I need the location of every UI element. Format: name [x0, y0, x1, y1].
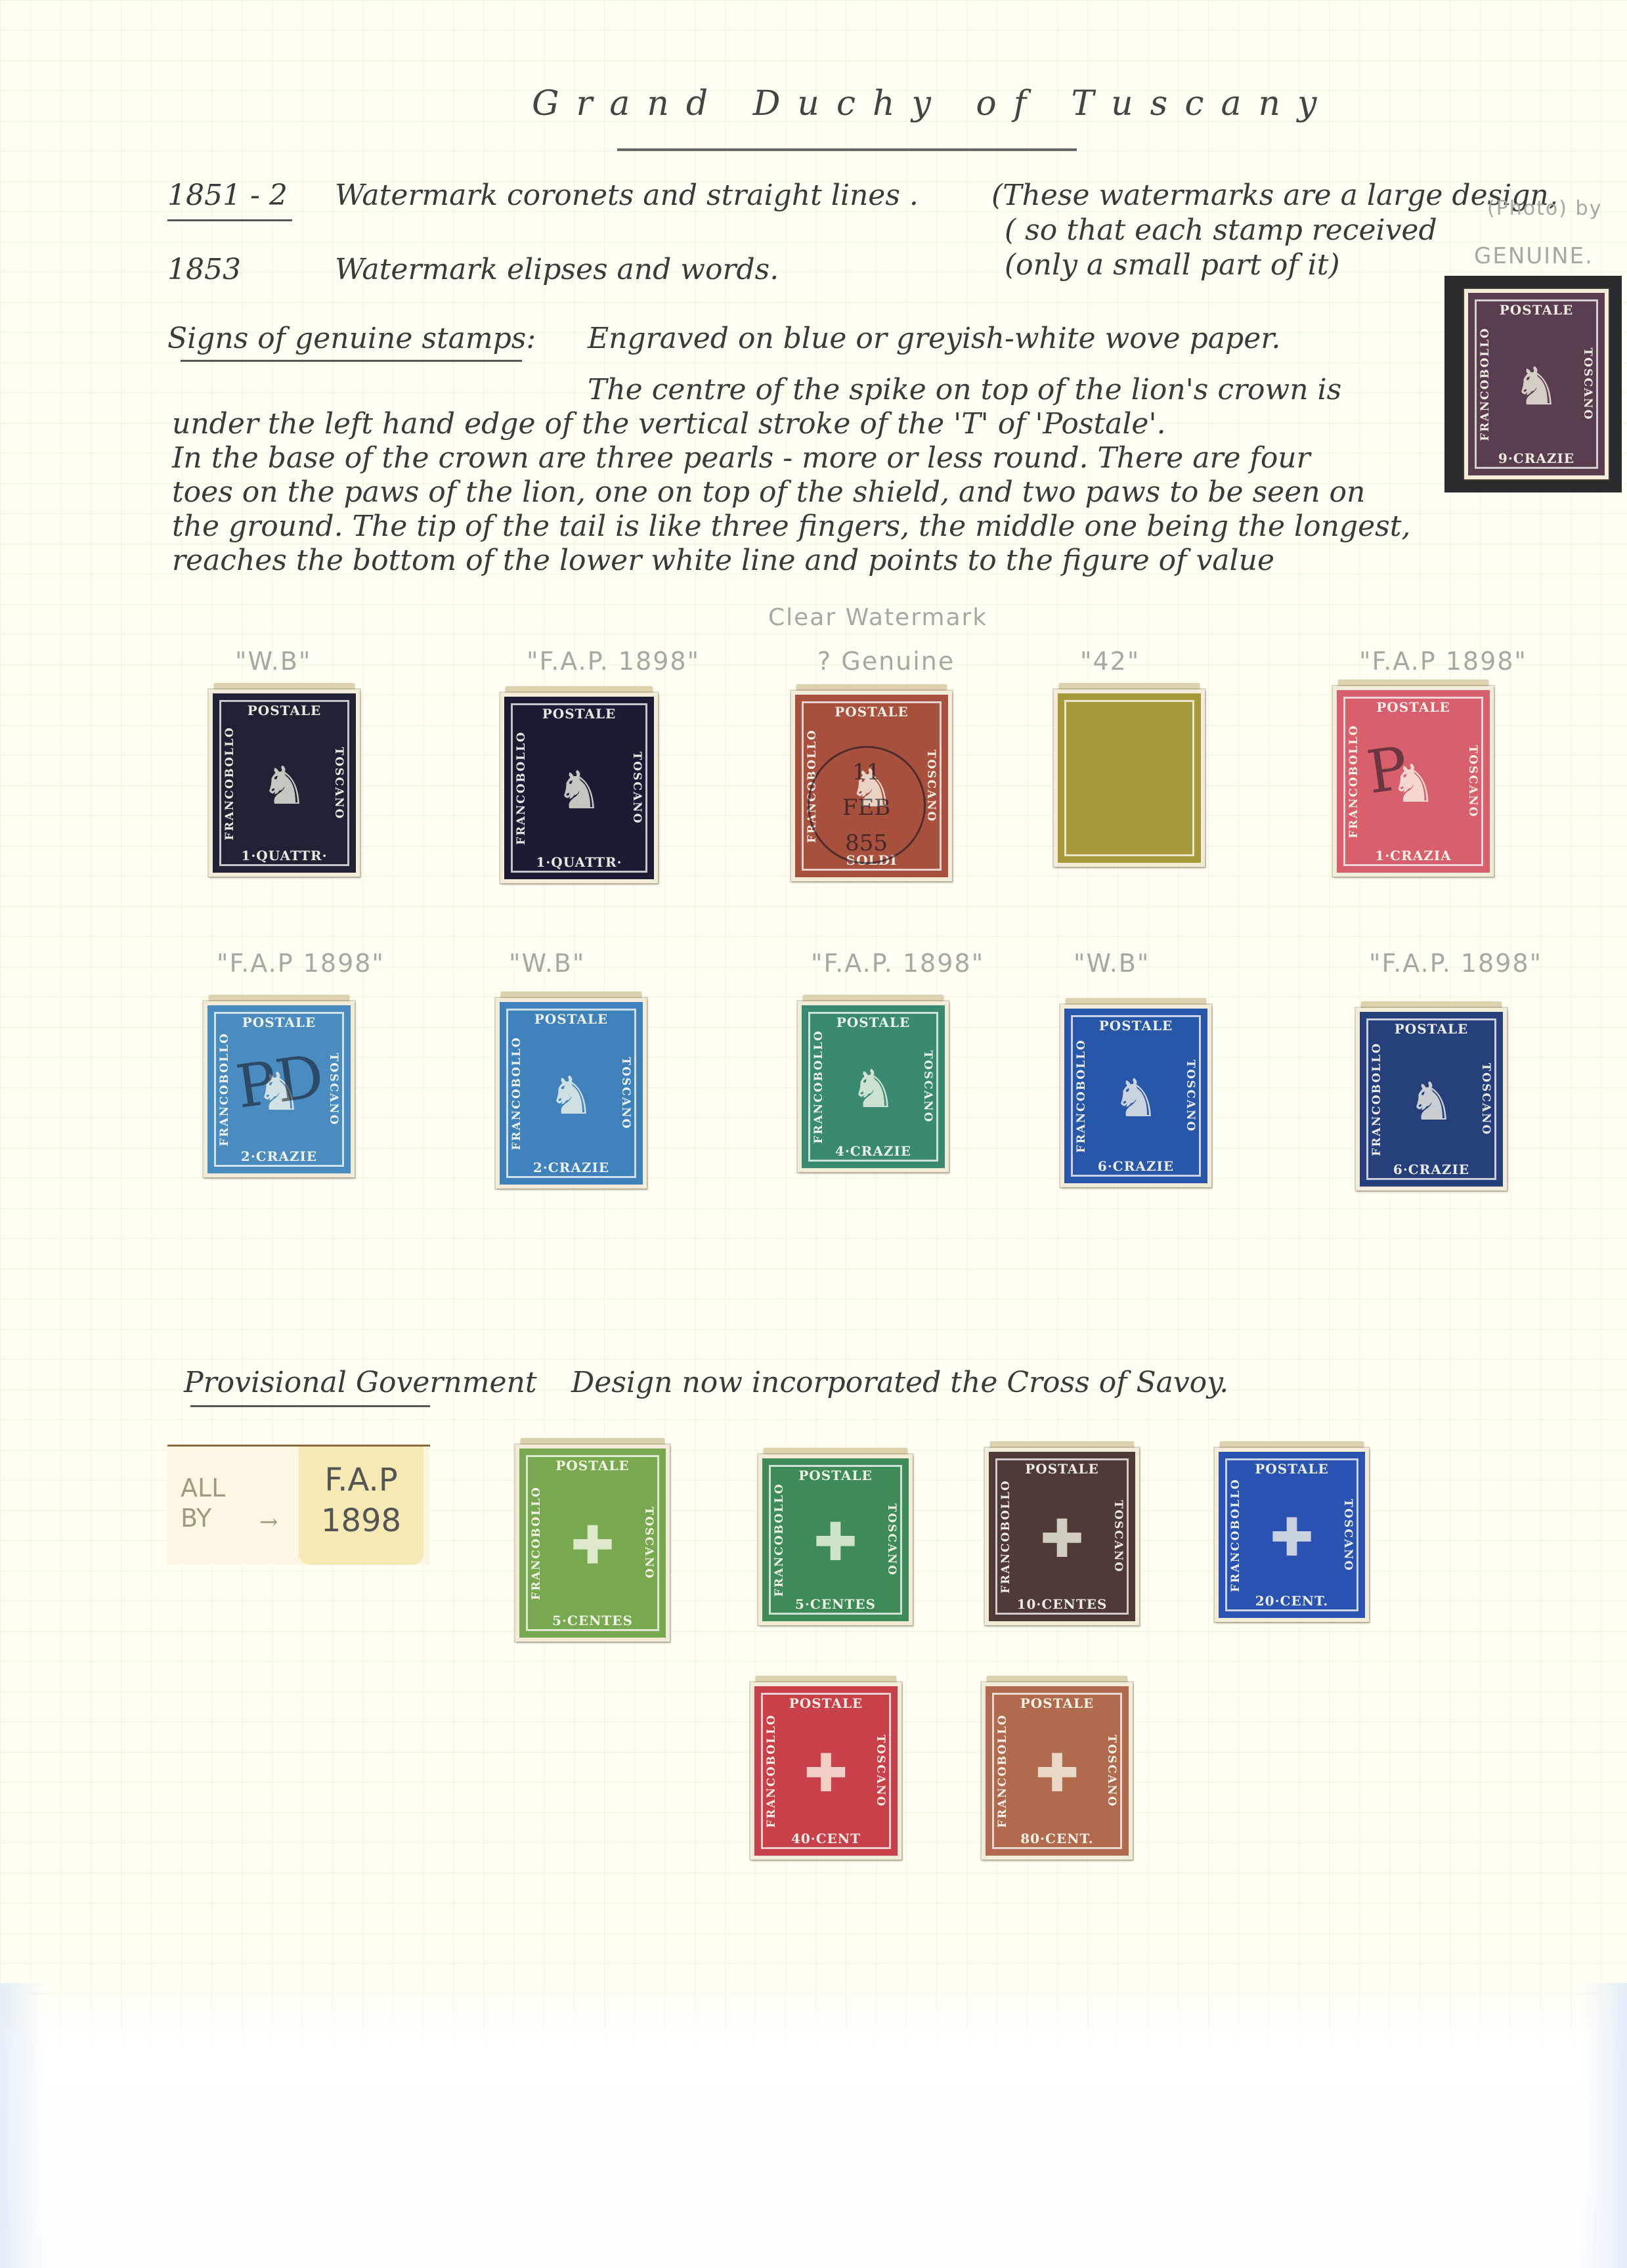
all-by-text: ALL BY — [181, 1473, 225, 1533]
stamp-side-right: TOSCANO — [1112, 1500, 1125, 1573]
stamp-side-left: FRANCOBOLLO — [999, 1479, 1012, 1593]
savoy-arms-icon: ✚ — [804, 1747, 848, 1800]
lion-icon: ♞ — [548, 1070, 595, 1122]
genuine-line-1: Engraved on blue or greyish-white wove p… — [588, 322, 1280, 355]
album-page: Grand Duchy of Tuscany 1851 - 2 Watermar… — [0, 0, 1627, 2268]
provisional-stamp-row1-1: POSTALEFRANCOBOLLOTOSCANO✚5·CENTES — [515, 1445, 670, 1642]
postmark-cancel: PD — [232, 1041, 328, 1122]
stamp-top-text: POSTALE — [1360, 1021, 1503, 1037]
watermark-text-1: Watermark coronets and straight lines . — [335, 179, 919, 212]
lion-icon: ♞ — [555, 764, 603, 817]
stamp-value: 6·CRAZIE — [1360, 1162, 1503, 1177]
years-underline — [167, 219, 292, 221]
stamp-top-text: POSTALE — [989, 1461, 1135, 1477]
stamp-side-left: FRANCOBOLLO — [996, 1714, 1009, 1827]
stamp-top-text: POSTALE — [1219, 1461, 1365, 1477]
stamp-side-right: TOSCANO — [1105, 1735, 1118, 1808]
stamp-top-text: POSTALE — [500, 1011, 643, 1027]
watermark-text-2: Watermark elipses and words. — [335, 253, 779, 286]
stamp-value: 5·CENTES — [519, 1613, 666, 1628]
provisional-heading-underline — [190, 1405, 430, 1407]
savoy-arms-icon: ✚ — [813, 1516, 857, 1569]
stamp-row2-5: POSTALEFRANCOBOLLOTOSCANO♞6·CRAZIE — [1356, 1008, 1507, 1190]
stamp-side-left: FRANCOBOLLO — [773, 1483, 786, 1596]
lion-icon: ♞ — [850, 1063, 897, 1116]
stamp-value: 20·CENT. — [1219, 1593, 1365, 1609]
watermark-years-2: 1853 — [167, 253, 241, 286]
stamp-value: 1·QUATTR· — [504, 854, 654, 870]
stamp-top-text: POSTALE — [762, 1468, 909, 1483]
stamp-side-right: TOSCANO — [924, 750, 938, 823]
genuine-line-6: the ground. The tip of the tail is like … — [172, 510, 1410, 543]
fap-1898-label: ALL BY → F.A.P 1898 — [167, 1445, 430, 1565]
stamp-top-text: POSTALE — [802, 1014, 945, 1030]
stamp-side-right: TOSCANO — [630, 752, 643, 825]
lion-icon: ♞ — [261, 760, 308, 812]
stamp-annotation: "F.A.P 1898" — [1359, 647, 1527, 676]
stamp-side-left: FRANCOBOLLO — [515, 731, 528, 844]
stamp-value: 1·CRAZIA — [1337, 848, 1490, 863]
scan-edge-left — [0, 1983, 46, 2268]
stamp-value: 5·CENTES — [762, 1596, 909, 1612]
stamp-side-left: FRANCOBOLLO — [530, 1486, 543, 1600]
provisional-stamp-row1-4: POSTALEFRANCOBOLLOTOSCANO✚20·CENT. — [1215, 1448, 1369, 1622]
genuine-line-2: The centre of the spike on top of the li… — [588, 373, 1341, 406]
stamp-side-right: TOSCANO — [1581, 348, 1594, 421]
stamp-side-right: TOSCANO — [619, 1057, 632, 1130]
savoy-arms-icon: ✚ — [1035, 1747, 1079, 1800]
genuine-annotation: GENUINE. — [1474, 243, 1594, 269]
arrow-right-icon: → — [259, 1509, 278, 1535]
stamp-row1-5: POSTALEFRANCOBOLLOTOSCANO♞1·CRAZIAP — [1333, 686, 1494, 877]
stamp-top-text: POSTALE — [213, 703, 356, 718]
reference-stamp-9-crazie: POSTALE FRANCOBOLLO TOSCANO ♞ 9·CRAZIE — [1464, 289, 1609, 479]
stamp-top-text: POSTALE — [795, 704, 948, 720]
stamp-row2-2: POSTALEFRANCOBOLLOTOSCANO♞2·CRAZIE — [496, 998, 647, 1189]
provisional-heading: Provisional Government — [184, 1366, 537, 1399]
genuine-heading: Signs of genuine stamps: — [167, 322, 536, 355]
lion-icon: ♞ — [1513, 360, 1560, 413]
lion-icon: ♞ — [1112, 1072, 1160, 1125]
stamp-side-left: FRANCOBOLLO — [510, 1036, 523, 1150]
stamp-value: 40·CENT — [754, 1831, 898, 1846]
stamp-side-right: TOSCANO — [1184, 1060, 1197, 1133]
watermark-note-1: (These watermarks are a large design, — [991, 179, 1558, 212]
stamp-row1-2: POSTALEFRANCOBOLLOTOSCANO♞1·QUATTR· — [500, 693, 658, 883]
stamp-top-text: POSTALE — [1064, 1018, 1207, 1034]
stamp-annotation: "F.A.P. 1898" — [527, 647, 700, 676]
stamp-annotation: "W.B" — [509, 949, 585, 978]
stamp-side-left: FRANCOBOLLO — [1229, 1478, 1242, 1592]
stamp-row2-1: POSTALEFRANCOBOLLOTOSCANO♞2·CRAZIEPD — [204, 1001, 355, 1177]
stamp-value: 6·CRAZIE — [1064, 1158, 1207, 1174]
stamp-side-right: TOSCANO — [1466, 745, 1479, 818]
stamp-side-right: TOSCANO — [921, 1051, 934, 1123]
stamp-top-text: POSTALE — [504, 706, 654, 722]
stamp-side-right: TOSCANO — [1479, 1063, 1492, 1136]
provisional-stamp-row1-3: POSTALEFRANCOBOLLOTOSCANO✚10·CENTES — [985, 1448, 1139, 1625]
stamp-value: 4·CRAZIE — [802, 1143, 945, 1159]
stamp-side-left: FRANCOBOLLO — [1075, 1039, 1088, 1152]
stamp-side-left: FRANCOBOLLO — [1347, 724, 1360, 838]
stamp-side-right: TOSCANO — [642, 1507, 655, 1580]
clear-watermark-note: Clear Watermark — [768, 604, 987, 631]
stamp-frame — [1064, 700, 1194, 856]
stamp-value: 10·CENTES — [989, 1596, 1135, 1612]
watermark-note-2: ( so that each stamp received — [1005, 213, 1437, 247]
stamp-row1-1: POSTALEFRANCOBOLLOTOSCANO♞1·QUATTR· — [209, 689, 360, 877]
stamp-side-right: TOSCANO — [885, 1504, 898, 1577]
fap-text: F.A.P 1898 — [312, 1460, 410, 1541]
stamp-annotation: "F.A.P. 1898" — [1369, 949, 1542, 978]
savoy-arms-icon: ✚ — [1270, 1512, 1314, 1564]
stamp-annotation: "F.A.P. 1898" — [811, 949, 984, 978]
watermark-note-3: (only a small part of it) — [1005, 248, 1340, 282]
genuine-line-5: toes on the paws of the lion, one on top… — [172, 475, 1365, 509]
genuine-heading-underline — [181, 360, 522, 362]
stamp-row1-4 — [1054, 689, 1205, 867]
stamp-annotation: "W.B" — [1074, 949, 1150, 978]
stamp-side-left: FRANCOBOLLO — [223, 726, 236, 840]
stamp-top-text: POSTALE — [754, 1695, 898, 1711]
title-underline — [617, 148, 1077, 151]
provisional-stamp-row2-2: POSTALEFRANCOBOLLOTOSCANO✚80·CENT. — [982, 1682, 1133, 1860]
savoy-arms-icon: ✚ — [571, 1519, 615, 1572]
stamp-annotation: "F.A.P 1898" — [217, 949, 385, 978]
stamp-top-text: POSTALE — [986, 1695, 1129, 1711]
stamp-row2-3: POSTALEFRANCOBOLLOTOSCANO♞4·CRAZIE — [798, 1001, 949, 1172]
photo-annotation: (Photo) by — [1487, 197, 1602, 220]
provisional-text: Design now incorporated the Cross of Sav… — [571, 1366, 1228, 1399]
stamp-side-right: TOSCANO — [1341, 1498, 1355, 1571]
stamp-side-left: FRANCOBOLLO — [765, 1714, 778, 1827]
stamp-top-text: POSTALE — [207, 1014, 351, 1030]
stamp-side-left: FRANCOBOLLO — [812, 1030, 825, 1143]
stamp-value: 80·CENT. — [986, 1831, 1129, 1846]
provisional-stamp-row1-2: POSTALEFRANCOBOLLOTOSCANO✚5·CENTES — [758, 1454, 913, 1625]
stamp-value: 1·QUATTR· — [213, 848, 356, 863]
provisional-stamp-row2-1: POSTALEFRANCOBOLLOTOSCANO✚40·CENT — [750, 1682, 901, 1860]
stamp-top-text: POSTALE — [1337, 699, 1490, 715]
stamp-side-right: TOSCANO — [327, 1053, 340, 1126]
stamp-side-right: TOSCANO — [332, 747, 345, 819]
genuine-line-4: In the base of the crown are three pearl… — [172, 441, 1311, 475]
stamp-row1-3: POSTALEFRANCOBOLLOTOSCANO♞SOLDI11 FEB 85… — [791, 691, 952, 881]
postmark-cancel: 11 FEB 855 — [808, 746, 926, 864]
page-title: Grand Duchy of Tuscany — [532, 84, 1334, 123]
stamp-annotation: "42" — [1080, 647, 1140, 676]
savoy-arms-icon: ✚ — [1040, 1513, 1084, 1565]
stamp-side-left: FRANCOBOLLO — [218, 1032, 231, 1146]
stamp-value: 2·CRAZIE — [207, 1148, 351, 1164]
stamp-top-text: POSTALE — [1468, 302, 1605, 318]
stamp-side-left: FRANCOBOLLO — [1479, 327, 1492, 441]
genuine-line-3: under the left hand edge of the vertical… — [172, 407, 1166, 441]
watermark-years-1: 1851 - 2 — [167, 179, 288, 212]
page-bottom — [0, 1983, 1627, 2268]
genuine-line-7: reaches the bottom of the lower white li… — [172, 544, 1274, 577]
stamp-side-right: TOSCANO — [874, 1735, 887, 1808]
stamp-annotation: "W.B" — [235, 647, 311, 676]
stamp-annotation: ? Genuine — [817, 647, 955, 676]
stamp-value: 9·CRAZIE — [1468, 450, 1605, 466]
stamp-value: 2·CRAZIE — [500, 1160, 643, 1175]
stamp-top-text: POSTALE — [519, 1458, 666, 1473]
stamp-side-left: FRANCOBOLLO — [1370, 1042, 1383, 1156]
lion-icon: ♞ — [1408, 1076, 1455, 1128]
scan-edge-right — [1581, 1983, 1627, 2268]
stamp-row2-4: POSTALEFRANCOBOLLOTOSCANO♞6·CRAZIE — [1060, 1005, 1211, 1187]
